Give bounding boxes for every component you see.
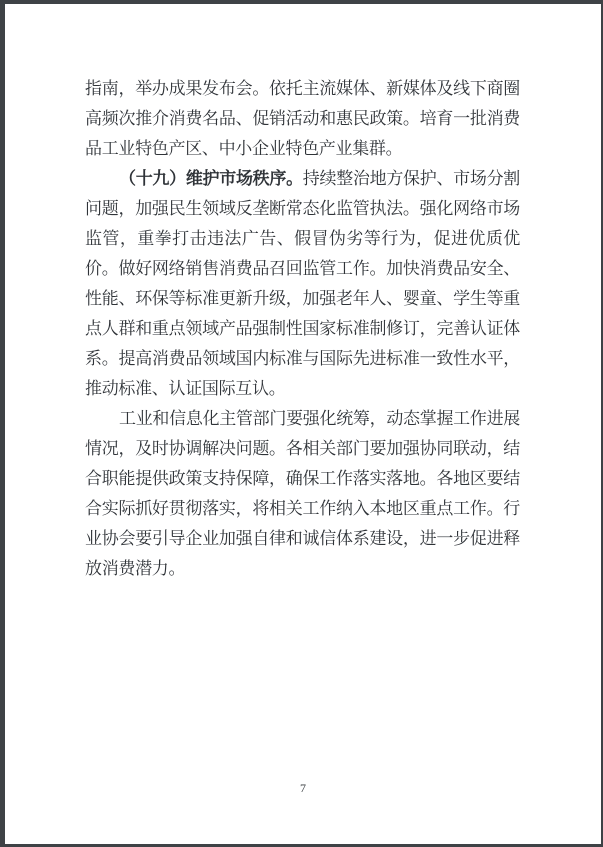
paragraph-section-19: （十九）维护市场秩序。持续整治地方保护、市场分割问题，加强民生领域反垄断常态化监… — [85, 164, 520, 404]
paragraph-text: 持续整治地方保护、市场分割问题，加强民生领域反垄断常态化监管执法。强化网络市场监… — [85, 169, 520, 398]
paragraph-continuation: 指南，举办成果发布会。依托主流媒体、新媒体及线下商圈高频次推介消费名品、促销活动… — [85, 74, 520, 164]
page-content: 指南，举办成果发布会。依托主流媒体、新媒体及线下商圈高频次推介消费名品、促销活动… — [5, 4, 601, 584]
page-number: 7 — [5, 781, 601, 796]
document-page: 指南，举办成果发布会。依托主流媒体、新媒体及线下商圈高频次推介消费名品、促销活动… — [5, 4, 601, 844]
paragraph-implementation: 工业和信息化主管部门要强化统筹，动态掌握工作进展情况，及时协调解决问题。各相关部… — [85, 404, 520, 584]
section-heading: （十九）维护市场秩序。 — [119, 169, 303, 188]
